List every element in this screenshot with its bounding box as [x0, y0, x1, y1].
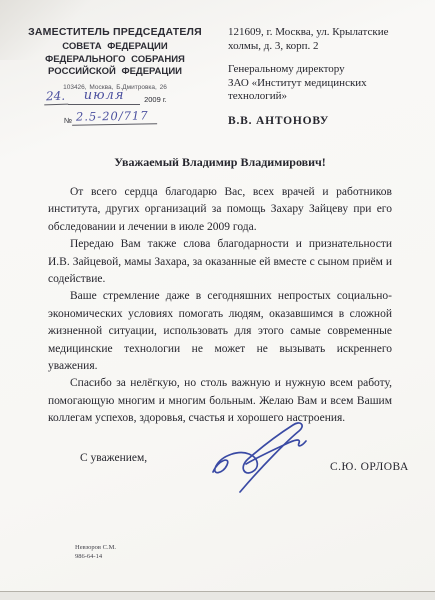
recipient-position-line1: Генеральному директору	[228, 63, 416, 77]
handwritten-signature-icon	[196, 410, 318, 500]
recipient-position: Генеральному директору ЗАО «Институт мед…	[228, 63, 416, 104]
reference-number-field: № 2.5-20/717	[64, 109, 157, 125]
executor-phone: 986-64-14	[75, 553, 116, 562]
handwritten-day: 24.	[44, 89, 69, 106]
handwritten-month: июля	[68, 88, 140, 105]
letterhead-title-line2: СОВЕТА ФЕДЕРАЦИИ	[16, 41, 214, 54]
executor-name: Невзоров С.М.	[75, 544, 116, 553]
printed-year: 2009 г.	[144, 95, 167, 105]
salutation: Уважаемый Владимир Владимирович!	[48, 155, 392, 170]
recipient-address-line1: 121609, г. Москва, ул. Крылатские	[228, 25, 416, 39]
reference-number-label: №	[64, 116, 72, 125]
letterhead: ЗАМЕСТИТЕЛЬ ПРЕДСЕДАТЕЛЯ СОВЕТА ФЕДЕРАЦИ…	[16, 26, 214, 91]
scanned-letter-page: ЗАМЕСТИТЕЛЬ ПРЕДСЕДАТЕЛЯ СОВЕТА ФЕДЕРАЦИ…	[0, 0, 435, 600]
recipient-position-line2: ЗАО «Институт медицинских	[228, 77, 416, 91]
letter-body: От всего сердца благодарю Вас, всех врач…	[48, 184, 392, 428]
letterhead-title-line3: ФЕДЕРАЛЬНОГО СОБРАНИЯ	[16, 54, 214, 67]
recipient-block: 121609, г. Москва, ул. Крылатские холмы,…	[228, 25, 416, 128]
recipient-name: В.В. АНТОНОВУ	[228, 114, 416, 128]
body-paragraph: Передаю Вам также слова благодарности и …	[48, 236, 392, 288]
closing-phrase: С уважением,	[80, 452, 147, 464]
handwritten-reference-number: 2.5-20/717	[72, 108, 157, 125]
letterhead-title-line1: ЗАМЕСТИТЕЛЬ ПРЕДСЕДАТЕЛЯ	[16, 26, 214, 38]
letterhead-title-line4: РОССИЙСКОЙ ФЕДЕРАЦИИ	[16, 66, 214, 79]
body-paragraph: Ваше стремление даже в сегодняшних непро…	[48, 288, 392, 375]
recipient-address-line2: холмы, д. 3, корп. 2	[228, 39, 416, 53]
body-paragraph: От всего сердца благодарю Вас, всех врач…	[48, 184, 392, 236]
scan-page-bottom-edge	[0, 591, 435, 600]
executor-note: Невзоров С.М. 986-64-14	[75, 544, 116, 561]
signer-name: С.Ю. ОРЛОВА	[330, 461, 409, 473]
recipient-position-line3: технологий»	[228, 90, 416, 104]
recipient-address: 121609, г. Москва, ул. Крылатские холмы,…	[228, 25, 416, 53]
date-field: 24. июля 2009 г.	[44, 88, 167, 105]
